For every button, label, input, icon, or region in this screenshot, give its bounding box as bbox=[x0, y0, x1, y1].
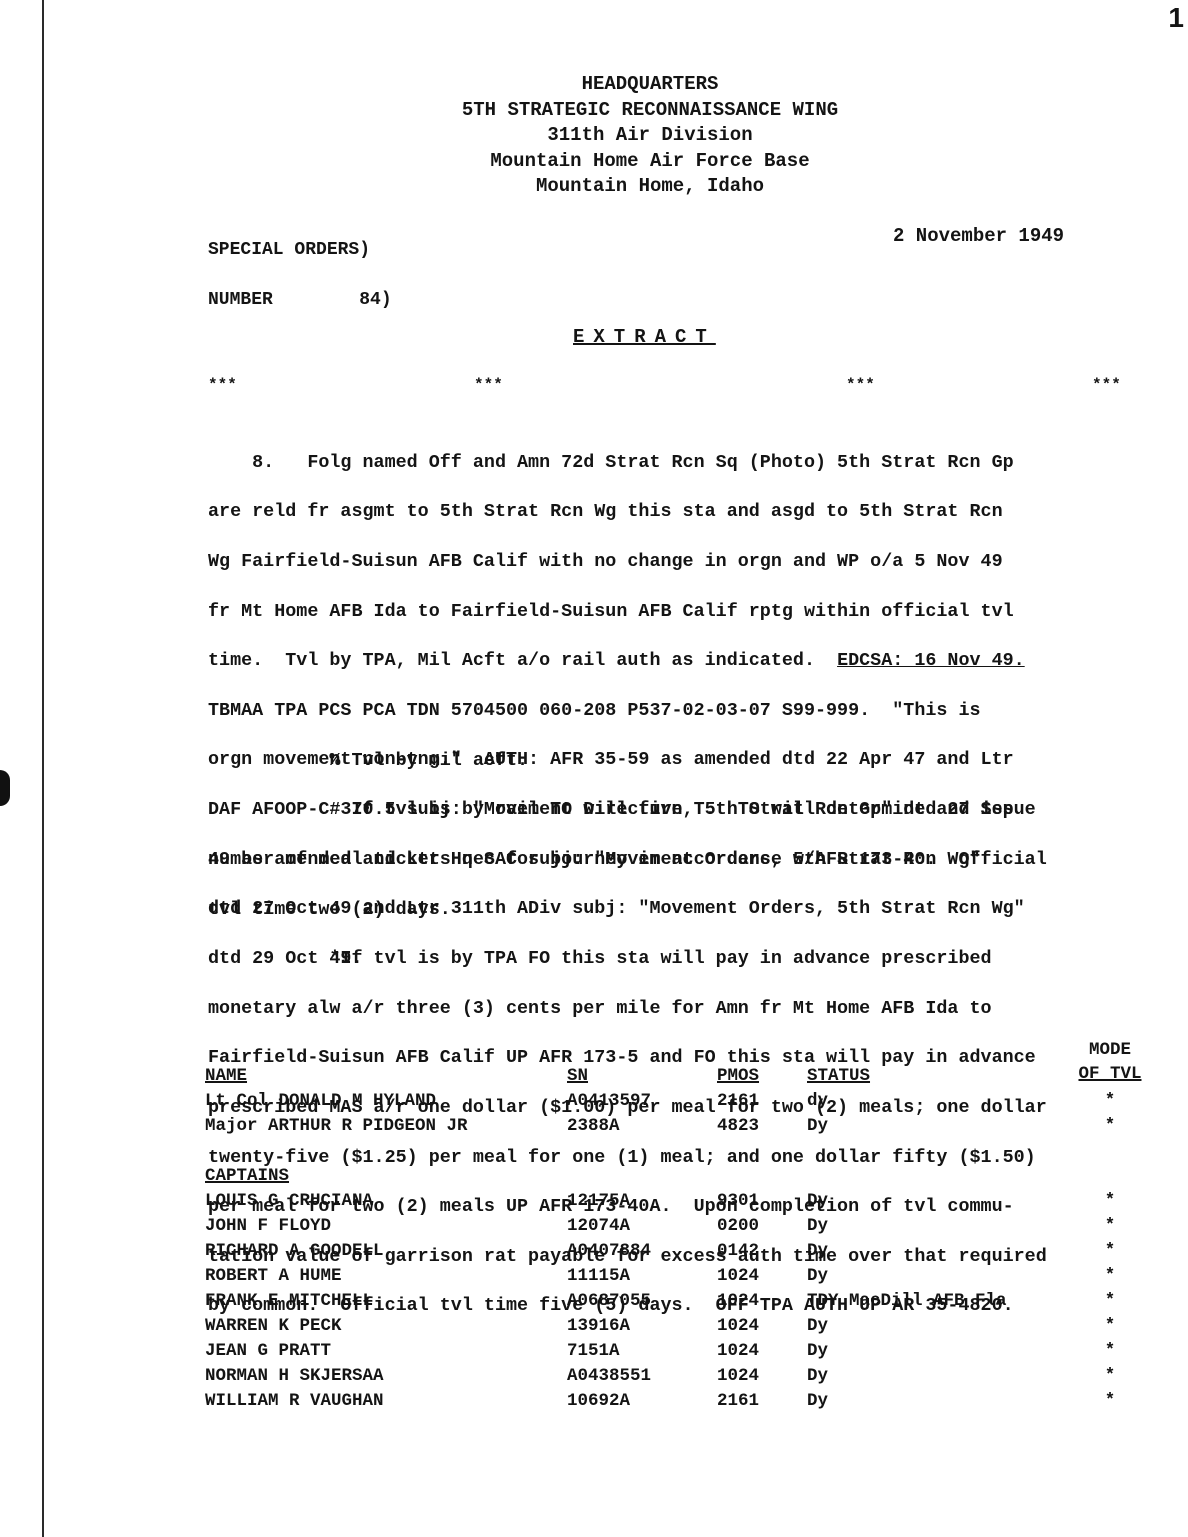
personnel-roster: NAME SN PMOS STATUS MODE OF TVL Lt Col D… bbox=[205, 1038, 1155, 1411]
letterhead-line: Mountain Home Air Force Base bbox=[380, 149, 920, 175]
order-number-line: NUMBER 84) bbox=[208, 275, 392, 325]
mode-of-travel: * bbox=[1065, 1311, 1155, 1336]
serial-number: 7151A bbox=[567, 1336, 717, 1361]
order-number-label: NUMBER bbox=[208, 290, 273, 310]
duty-status: Dy bbox=[807, 1261, 1065, 1286]
roster-row: LOUIS G CRUCIANA12175A9301Dy* bbox=[205, 1186, 1155, 1211]
order-date: 2 November 1949 bbox=[893, 225, 1064, 247]
person-name: Major ARTHUR R PIDGEON JR bbox=[205, 1111, 567, 1136]
order-number: 84) bbox=[359, 290, 391, 310]
paragraph-line: are reld fr asgmt to 5th Strat Rcn Wg th… bbox=[208, 500, 1158, 525]
person-name: JOHN F FLOYD bbox=[205, 1211, 567, 1236]
separator-stars: *** bbox=[208, 376, 237, 394]
serial-number: 2388A bbox=[567, 1111, 717, 1136]
duty-status: Dy bbox=[807, 1311, 1065, 1336]
serial-number: 10692A bbox=[567, 1386, 717, 1411]
person-name: JEAN G PRATT bbox=[205, 1336, 567, 1361]
note-line: tvl time two (2) days. bbox=[208, 898, 1158, 923]
serial-number: 11115A bbox=[567, 1261, 717, 1286]
person-name: WILLIAM R VAUGHAN bbox=[205, 1386, 567, 1411]
edcsa-date: EDCSA: 16 Nov 49. bbox=[837, 650, 1025, 671]
note-line: % Tvl by mil acft. bbox=[208, 749, 1158, 774]
header-status: STATUS bbox=[807, 1038, 1065, 1086]
person-name: RICHARD A GOODELL bbox=[205, 1236, 567, 1261]
mode-of-travel: * bbox=[1065, 1361, 1155, 1386]
note-line: number of meal tickets nec for journey i… bbox=[208, 848, 1158, 873]
header-name: NAME bbox=[205, 1038, 567, 1086]
extract-title: EXTRACT bbox=[573, 326, 716, 348]
duty-status: Dy bbox=[807, 1336, 1065, 1361]
letterhead: HEADQUARTERS 5TH STRATEGIC RECONNAISSANC… bbox=[380, 72, 920, 200]
roster-row: Lt Col DONALD M HYLANDA04135972161dy* bbox=[205, 1086, 1155, 1111]
header-mode-of-travel: MODE OF TVL bbox=[1065, 1038, 1155, 1086]
pmos-code: 4823 bbox=[717, 1111, 807, 1136]
roster-row: JOHN F FLOYD12074A0200Dy* bbox=[205, 1211, 1155, 1236]
serial-number: A0438551 bbox=[567, 1361, 717, 1386]
separator-stars: *** bbox=[474, 376, 503, 394]
duty-status: Dy bbox=[807, 1111, 1065, 1136]
duty-status: Dy bbox=[807, 1236, 1065, 1261]
header-pmos: PMOS bbox=[717, 1038, 807, 1086]
duty-status: Dy bbox=[807, 1186, 1065, 1211]
roster-row: WARREN K PECK13916A1024Dy* bbox=[205, 1311, 1155, 1336]
person-name: Lt Col DONALD M HYLAND bbox=[205, 1086, 567, 1111]
header-sn: SN bbox=[567, 1038, 717, 1086]
pmos-code: 1024 bbox=[717, 1311, 807, 1336]
letterhead-line: HEADQUARTERS bbox=[380, 72, 920, 98]
paragraph-line: 8. Folg named Off and Amn 72d Strat Rcn … bbox=[208, 451, 1158, 476]
special-orders-block: SPECIAL ORDERS) NUMBER 84) bbox=[208, 225, 392, 325]
pmos-code: 1024 bbox=[717, 1336, 807, 1361]
mode-of-travel: * bbox=[1065, 1336, 1155, 1361]
duty-status: TDY MacDill AFB Fla bbox=[807, 1286, 1065, 1311]
captains-label: CAPTAINS bbox=[205, 1166, 289, 1186]
page-left-edge bbox=[42, 0, 44, 1537]
mode-of-travel: * bbox=[1065, 1111, 1155, 1136]
note-line: # If tvl is by rail TO will furn T. TO w… bbox=[208, 798, 1158, 823]
paragraph-line: Wg Fairfield-Suisun AFB Calif with no ch… bbox=[208, 550, 1158, 575]
roster-row: Major ARTHUR R PIDGEON JR2388A4823Dy* bbox=[205, 1111, 1155, 1136]
mode-of-travel: * bbox=[1065, 1086, 1155, 1111]
roster-row: JEAN G PRATT7151A1024Dy* bbox=[205, 1336, 1155, 1361]
note-line: *If tvl is by TPA FO this sta will pay i… bbox=[208, 947, 1158, 972]
letterhead-line: 5TH STRATEGIC RECONNAISSANCE WING bbox=[380, 98, 920, 124]
serial-number: A0407884 bbox=[567, 1236, 717, 1261]
paragraph-line: time. Tvl by TPA, Mil Acft a/o rail auth… bbox=[208, 649, 1158, 674]
pmos-code: 1024 bbox=[717, 1361, 807, 1386]
roster-row: WILLIAM R VAUGHAN10692A2161Dy* bbox=[205, 1386, 1155, 1411]
person-name: FRANK E MITCHELL bbox=[205, 1286, 567, 1311]
duty-status: Dy bbox=[807, 1386, 1065, 1411]
mode-of-travel: * bbox=[1065, 1286, 1155, 1311]
duty-status: Dy bbox=[807, 1211, 1065, 1236]
paragraph-line: TBMAA TPA PCS PCA TDN 5704500 060-208 P5… bbox=[208, 699, 1158, 724]
duty-status: dy bbox=[807, 1086, 1065, 1111]
serial-number: A0687055 bbox=[567, 1286, 717, 1311]
pmos-code: 9301 bbox=[717, 1186, 807, 1211]
separator-stars: *** bbox=[846, 376, 875, 394]
person-name: NORMAN H SKJERSAA bbox=[205, 1361, 567, 1386]
letterhead-line: 311th Air Division bbox=[380, 123, 920, 149]
mode-of-travel: * bbox=[1065, 1386, 1155, 1411]
pmos-code: 0142 bbox=[717, 1236, 807, 1261]
person-name: WARREN K PECK bbox=[205, 1311, 567, 1336]
roster-row: RICHARD A GOODELLA04078840142Dy* bbox=[205, 1236, 1155, 1261]
pmos-code: 0200 bbox=[717, 1211, 807, 1236]
punch-hole-mark bbox=[0, 770, 10, 806]
separator-stars: *** bbox=[1092, 376, 1121, 394]
captains-section-row: CAPTAINS bbox=[205, 1161, 1155, 1186]
pmos-code: 2161 bbox=[717, 1086, 807, 1111]
roster-row: FRANK E MITCHELLA06870551024TDY MacDill … bbox=[205, 1286, 1155, 1311]
paragraph-line: fr Mt Home AFB Ida to Fairfield-Suisun A… bbox=[208, 600, 1158, 625]
roster-header-row: NAME SN PMOS STATUS MODE OF TVL bbox=[205, 1038, 1155, 1086]
person-name: ROBERT A HUME bbox=[205, 1261, 567, 1286]
mode-of-travel: * bbox=[1065, 1236, 1155, 1261]
serial-number: A0413597 bbox=[567, 1086, 717, 1111]
mode-of-travel: * bbox=[1065, 1261, 1155, 1286]
person-name: LOUIS G CRUCIANA bbox=[205, 1186, 567, 1211]
note-line: monetary alw a/r three (3) cents per mil… bbox=[208, 997, 1158, 1022]
roster-row: ROBERT A HUME11115A1024Dy* bbox=[205, 1261, 1155, 1286]
roster-row: NORMAN H SKJERSAAA04385511024Dy* bbox=[205, 1361, 1155, 1386]
letterhead-line: Mountain Home, Idaho bbox=[380, 174, 920, 200]
duty-status: Dy bbox=[807, 1361, 1065, 1386]
pmos-code: 1024 bbox=[717, 1286, 807, 1311]
serial-number: 13916A bbox=[567, 1311, 717, 1336]
serial-number: 12074A bbox=[567, 1211, 717, 1236]
pmos-code: 2161 bbox=[717, 1386, 807, 1411]
pmos-code: 1024 bbox=[717, 1261, 807, 1286]
special-orders-label: SPECIAL ORDERS) bbox=[208, 225, 392, 275]
mode-of-travel: * bbox=[1065, 1186, 1155, 1211]
page-number: 1 bbox=[1168, 2, 1184, 34]
mode-of-travel: * bbox=[1065, 1211, 1155, 1236]
serial-number: 12175A bbox=[567, 1186, 717, 1211]
